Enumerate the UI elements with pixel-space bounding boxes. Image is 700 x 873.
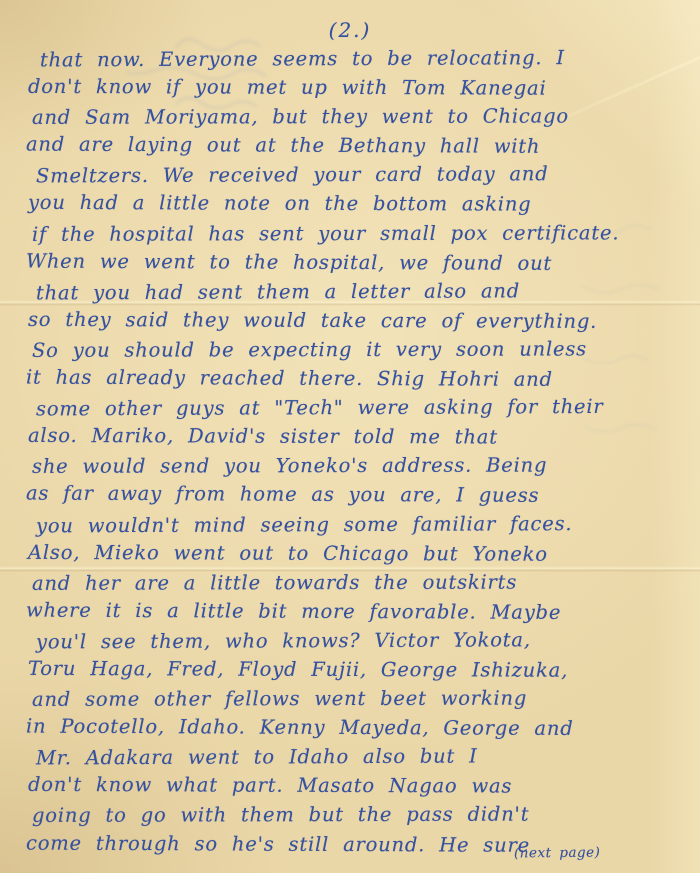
handwritten-line: some other guys at "Tech" were asking fo…	[36, 392, 686, 424]
handwritten-line: in Pocotello, Idaho. Kenny Mayeda, Georg…	[26, 712, 686, 744]
handwritten-line: Toru Haga, Fred, Floyd Fujii, George Ish…	[28, 654, 686, 685]
letter-body: that now. Everyone seems to be relocatin…	[26, 44, 686, 859]
letter-page: (2.) that now. Everyone seems to be relo…	[0, 0, 700, 873]
handwritten-line: and are laying out at the Bethany hall w…	[26, 130, 686, 162]
handwritten-line: you wouldn't mind seeing some familiar f…	[36, 508, 686, 540]
handwritten-line: Smeltzers. We received your card today a…	[36, 159, 686, 191]
handwritten-line: and Sam Moriyama, but they went to Chica…	[32, 101, 686, 132]
handwritten-line: you had a little note on the bottom aski…	[28, 188, 686, 219]
handwritten-line: if the hospital has sent your small pox …	[32, 218, 686, 249]
handwritten-line: don't know what part. Masato Nagao was	[28, 770, 686, 801]
handwritten-line: and some other fellows went beet working	[32, 683, 686, 714]
handwritten-line: So you should be expecting it very soon …	[32, 334, 686, 365]
handwritten-line: going to go with them but the pass didn'…	[32, 800, 686, 831]
handwritten-line: you'l see them, who knows? Victor Yokota…	[36, 624, 686, 656]
handwritten-line: so they said they would take care of eve…	[28, 305, 686, 336]
handwritten-line: that you had sent them a letter also and	[36, 275, 686, 307]
handwritten-line: When we went to the hospital, we found o…	[26, 246, 686, 278]
handwritten-line: where it is a little bit more favorable.…	[26, 595, 686, 627]
handwritten-line: Mr. Adakara went to Idaho also but I	[36, 741, 686, 773]
handwritten-line: Also, Mieko went out to Chicago but Yone…	[28, 537, 686, 568]
handwritten-line: also. Mariko, David's sister told me tha…	[28, 421, 686, 452]
page-number: (2.)	[0, 18, 700, 42]
handwritten-line: she would send you Yoneko's address. Bei…	[32, 450, 686, 481]
handwritten-line: it has already reached there. Shig Hohri…	[26, 363, 686, 395]
handwritten-line: and her are a little towards the outskir…	[32, 567, 686, 598]
next-page-note: (next page)	[514, 845, 601, 862]
handwritten-line: don't know if you met up with Tom Kanega…	[28, 72, 686, 103]
handwritten-line: that now. Everyone seems to be relocatin…	[40, 43, 686, 75]
handwritten-line: as far away from home as you are, I gues…	[26, 479, 686, 511]
